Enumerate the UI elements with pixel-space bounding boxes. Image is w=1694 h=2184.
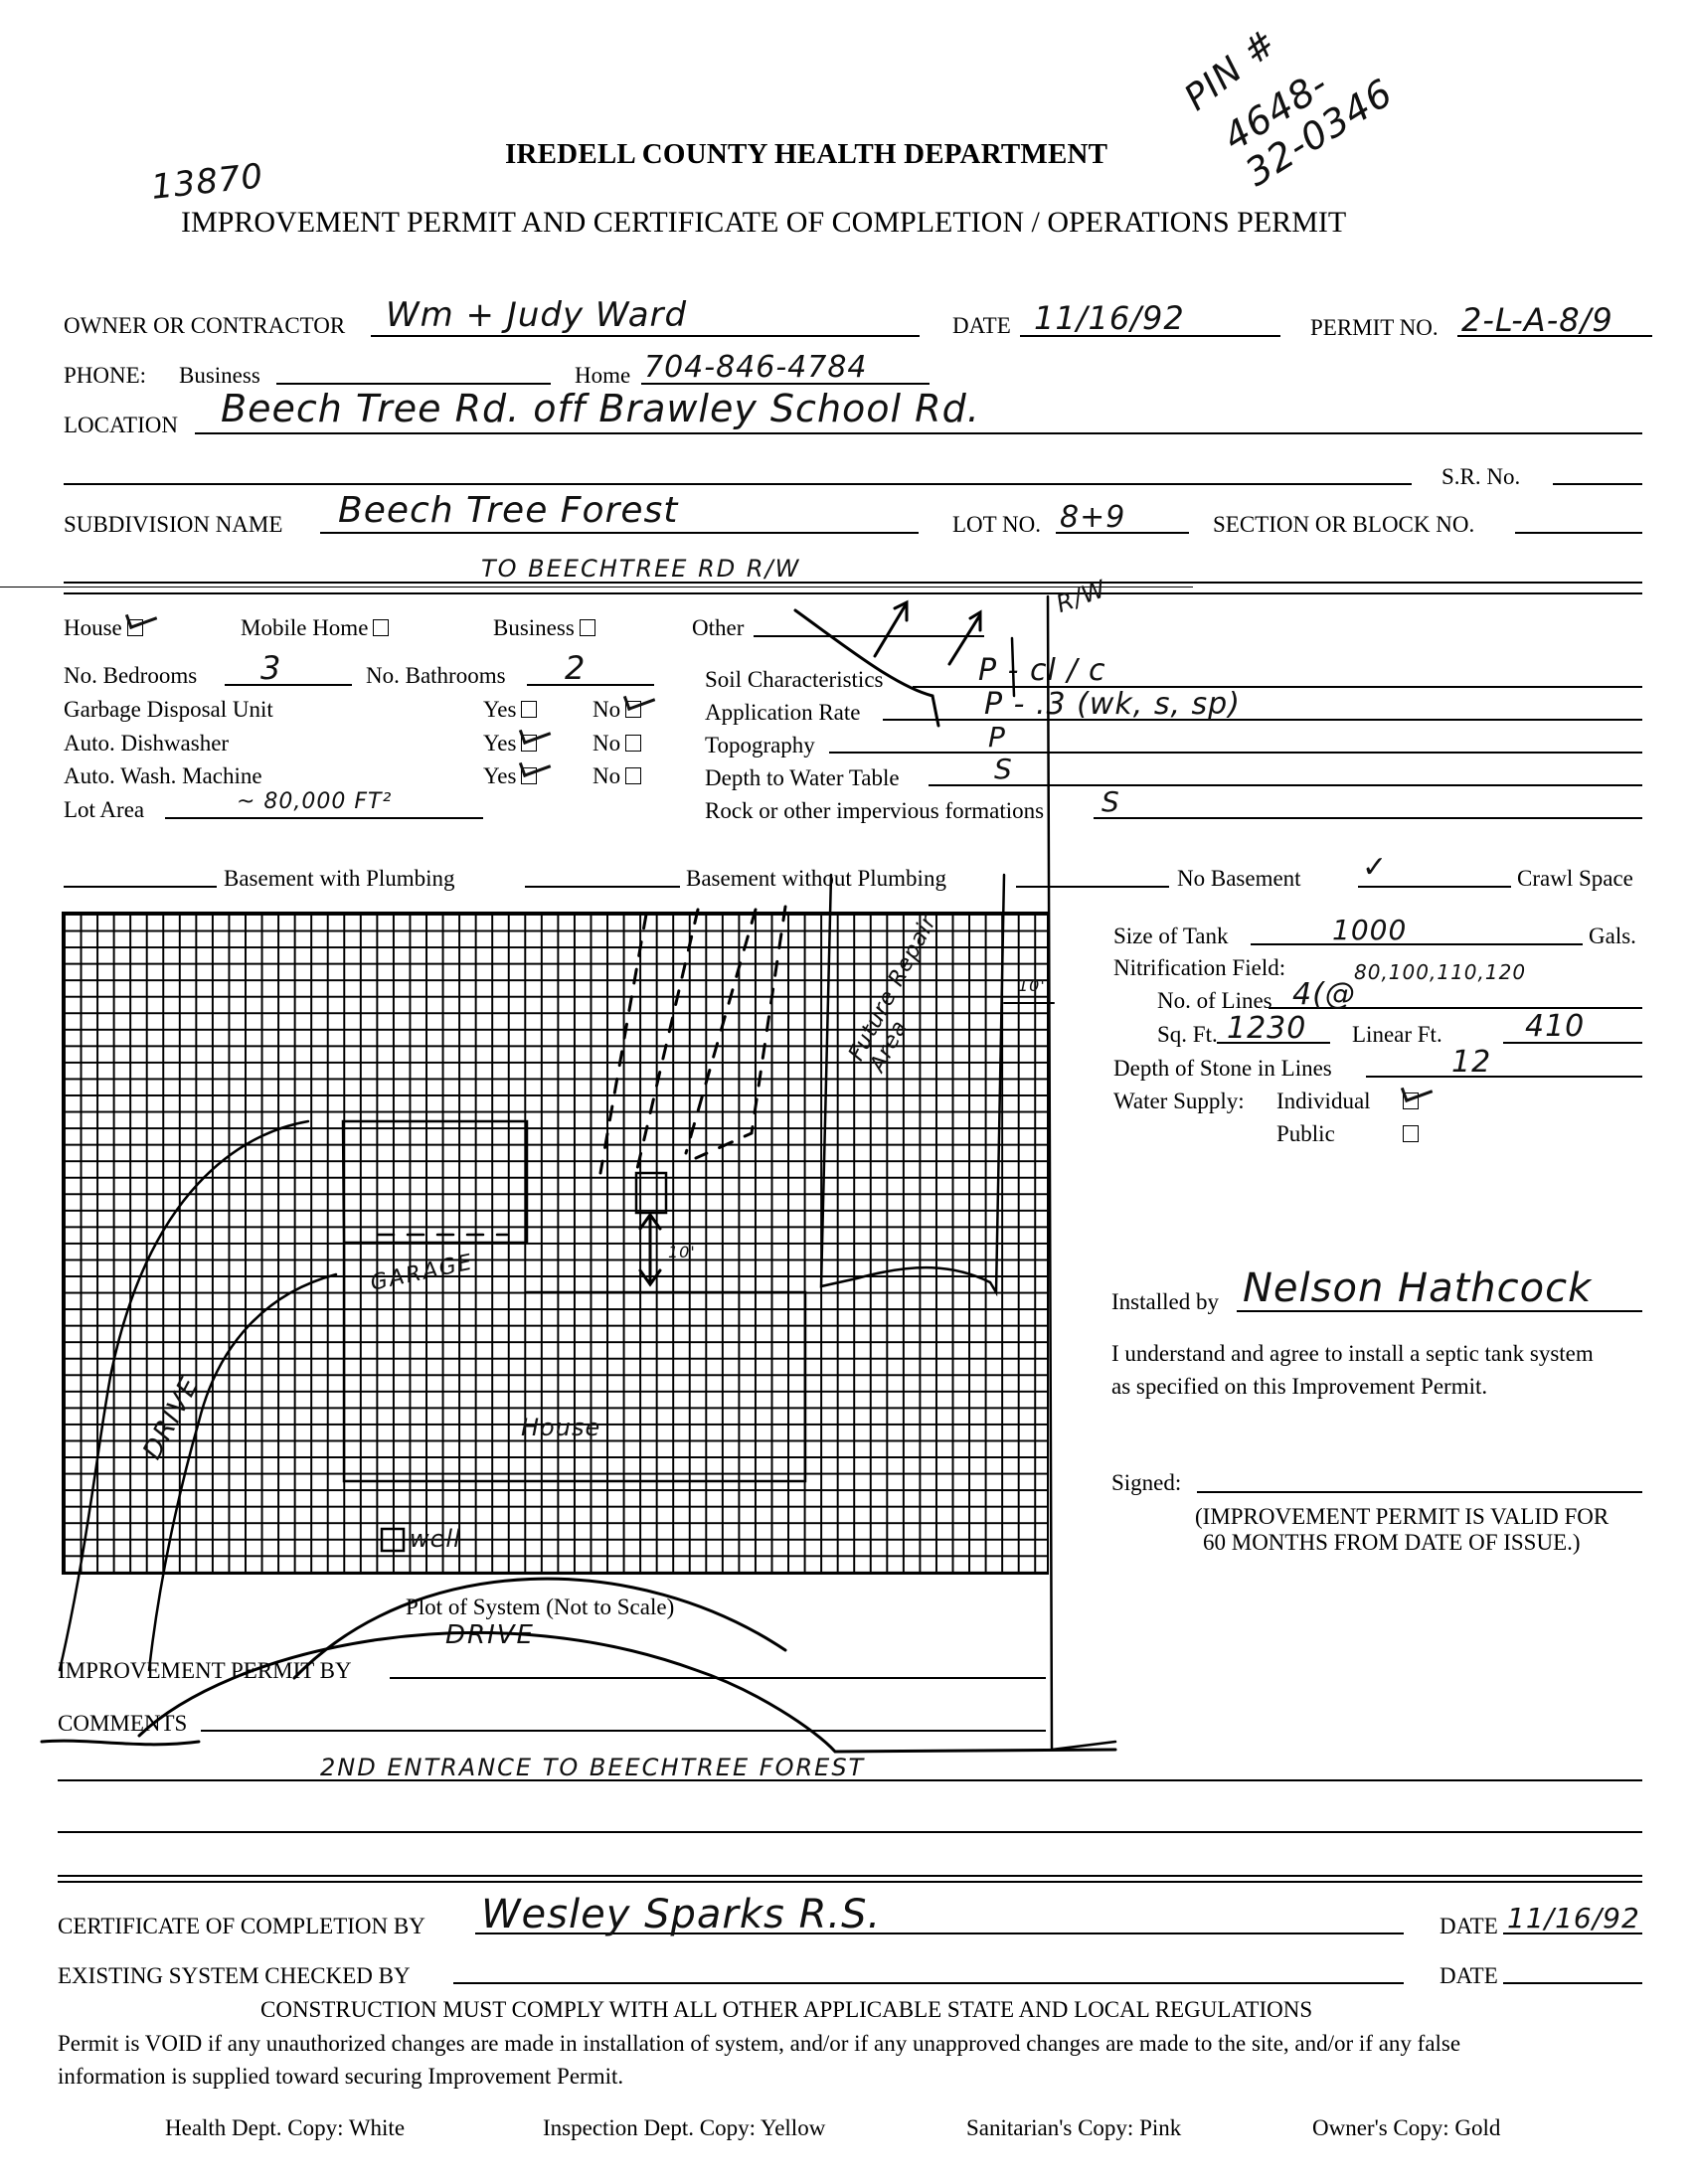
- lot-area-field[interactable]: ~ 80,000 FT²: [237, 791, 392, 813]
- subdivision-field[interactable]: Beech Tree Forest: [338, 493, 678, 529]
- installed-by-label: Installed by: [1111, 1290, 1219, 1313]
- lines-label: No. of Lines: [1157, 989, 1272, 1012]
- validity-line-1: (IMPROVEMENT PERMIT IS VALID FOR: [1195, 1505, 1609, 1528]
- divider-lower: [64, 592, 1642, 594]
- subdivision-underline: [320, 532, 919, 534]
- tank-size-label: Size of Tank: [1113, 924, 1229, 947]
- comments-label: COMMENTS: [58, 1712, 187, 1735]
- sr-no-field[interactable]: [1553, 483, 1642, 485]
- void-notice-line-2: information is supplied toward securing …: [58, 2065, 623, 2088]
- business-label: Business: [493, 615, 575, 640]
- subdivision-label: SUBDIVISION NAME: [64, 513, 282, 536]
- phone-home-field[interactable]: 704-846-4784: [644, 353, 868, 383]
- bedrooms-underline: [225, 684, 352, 686]
- agreement-line-1: I understand and agree to install a sept…: [1111, 1342, 1594, 1365]
- garbage-yes-checkbox[interactable]: [521, 701, 537, 718]
- dishwasher-no-checkbox[interactable]: [625, 735, 641, 752]
- completion-field[interactable]: Wesley Sparks R.S.: [481, 1895, 881, 1934]
- plot-label-dist-10-right: 10': [1018, 978, 1046, 994]
- no-basement-field[interactable]: [1016, 886, 1169, 888]
- drive-arc-lower: [139, 1632, 1115, 1752]
- soil-field[interactable]: P - cl / c: [978, 656, 1106, 686]
- rock-field[interactable]: S: [1101, 788, 1120, 816]
- form-title: IMPROVEMENT PERMIT AND CERTIFICATE OF CO…: [181, 208, 1346, 238]
- copy-owner: Owner's Copy: Gold: [1312, 2116, 1500, 2139]
- house-checkbox[interactable]: [127, 619, 143, 636]
- garbage-label: Garbage Disposal Unit: [64, 698, 273, 721]
- washer-no-option[interactable]: No: [593, 764, 641, 787]
- water-individual-label: Individual: [1276, 1090, 1371, 1112]
- water-table-underline: [929, 784, 1642, 786]
- lot-area-underline: [165, 817, 483, 819]
- water-public-label: Public: [1276, 1122, 1335, 1145]
- garbage-no-option[interactable]: No: [593, 698, 641, 721]
- house-label: House: [64, 615, 122, 640]
- divider-upper: [64, 582, 1642, 584]
- plot-label-dist-10-vertical: 10': [668, 1245, 696, 1260]
- dishwasher-no-option[interactable]: No: [593, 732, 641, 755]
- lines-field[interactable]: 4(@: [1292, 980, 1356, 1010]
- location-underline: [195, 432, 1642, 434]
- existing-date-label: DATE: [1440, 1964, 1498, 1987]
- washer-yes-checkbox[interactable]: [521, 767, 537, 784]
- washer-no-checkbox[interactable]: [625, 767, 641, 784]
- crawl-space-field[interactable]: ✓: [1362, 853, 1388, 883]
- divider-scan-line: [0, 587, 1193, 588]
- date-label: DATE: [952, 314, 1011, 337]
- existing-system-label: EXISTING SYSTEM CHECKED BY: [58, 1964, 411, 1987]
- permit-no-field[interactable]: 2-L-A-8/9: [1461, 304, 1613, 336]
- location-line-2: [64, 483, 1412, 485]
- phone-business-label: Business: [179, 364, 260, 387]
- mobile-home-checkbox[interactable]: [373, 619, 389, 636]
- topography-field[interactable]: P: [988, 724, 1006, 752]
- plot-caption: Plot of System (Not to Scale): [406, 1596, 674, 1618]
- water-table-label: Depth to Water Table: [705, 766, 900, 789]
- other-field[interactable]: [754, 635, 984, 637]
- completion-label: CERTIFICATE OF COMPLETION BY: [58, 1915, 425, 1937]
- existing-system-field[interactable]: [453, 1982, 1404, 1984]
- nitrification-label: Nitrification Field:: [1113, 956, 1285, 979]
- agreement-line-2: as specified on this Improvement Permit.: [1111, 1375, 1487, 1398]
- installed-by-field[interactable]: Nelson Hathcock: [1243, 1268, 1592, 1308]
- compliance-notice: CONSTRUCTION MUST COMPLY WITH ALL OTHER …: [260, 1998, 1312, 2021]
- lot-no-label: LOT NO.: [952, 513, 1041, 536]
- bathrooms-underline: [527, 684, 654, 686]
- rock-label: Rock or other impervious formations: [705, 799, 1044, 822]
- phone-home-label: Home: [575, 364, 630, 387]
- phone-business-field[interactable]: [276, 383, 551, 385]
- permit-no-label: PERMIT NO.: [1310, 316, 1439, 339]
- section-block-label: SECTION OR BLOCK NO.: [1213, 513, 1474, 536]
- house-option[interactable]: House: [64, 616, 143, 639]
- basement-without-plumbing-label: Basement without Plumbing: [686, 867, 946, 890]
- water-individual-checkbox[interactable]: [1403, 1092, 1419, 1109]
- signed-field[interactable]: [1197, 1491, 1642, 1493]
- no-basement-label: No Basement: [1177, 867, 1301, 890]
- basement-without-plumbing-field[interactable]: [525, 886, 680, 888]
- lot-no-field[interactable]: 8+9: [1060, 503, 1125, 533]
- water-public-checkbox[interactable]: [1403, 1125, 1419, 1142]
- file-number-handwritten: 13870: [150, 159, 265, 205]
- completion-date-field[interactable]: 11/16/92: [1507, 1905, 1640, 1932]
- permit-by-field[interactable]: [390, 1677, 1046, 1679]
- owner-label: OWNER OR CONTRACTOR: [64, 314, 345, 337]
- void-notice-line-1: Permit is VOID if any unauthorized chang…: [58, 2032, 1460, 2055]
- owner-underline: [371, 335, 920, 337]
- dishwasher-yes-checkbox[interactable]: [521, 735, 537, 752]
- comments-line-2: [58, 1779, 1642, 1781]
- sqft-field[interactable]: 1230: [1227, 1014, 1306, 1044]
- lines-lengths: 80,100,110,120: [1354, 962, 1526, 982]
- date-field[interactable]: 11/16/92: [1034, 302, 1185, 334]
- copy-health-dept: Health Dept. Copy: White: [165, 2116, 405, 2139]
- water-individual-option[interactable]: [1398, 1090, 1419, 1112]
- bedrooms-label: No. Bedrooms: [64, 664, 197, 687]
- dishwasher-label: Auto. Dishwasher: [64, 732, 229, 755]
- sr-no-label: S.R. No.: [1441, 465, 1520, 488]
- divider-completion-lower: [58, 1881, 1642, 1883]
- business-checkbox[interactable]: [580, 619, 595, 636]
- linear-ft-field[interactable]: 410: [1525, 1012, 1585, 1042]
- basement-with-plumbing-label: Basement with Plumbing: [224, 867, 455, 890]
- lot-area-label: Lot Area: [64, 798, 144, 821]
- owner-field[interactable]: Wm + Judy Ward: [386, 298, 687, 332]
- stone-depth-label: Depth of Stone in Lines: [1113, 1057, 1332, 1080]
- location-field[interactable]: Beech Tree Rd. off Brawley School Rd.: [221, 390, 980, 427]
- location-label: LOCATION: [64, 414, 178, 436]
- no-label: No: [593, 697, 620, 722]
- permit-by-label: IMPROVEMENT PERMIT BY: [58, 1659, 352, 1682]
- other-label: Other: [692, 616, 744, 639]
- sqft-label: Sq. Ft.: [1157, 1023, 1218, 1046]
- water-table-field[interactable]: S: [994, 756, 1013, 783]
- comments-line-3: [58, 1831, 1642, 1833]
- no-label: No: [593, 731, 620, 756]
- washer-yes-option[interactable]: Yes: [483, 764, 537, 787]
- divider-completion-upper: [58, 1875, 1642, 1877]
- comments-line-1: [201, 1730, 1046, 1732]
- rock-underline: [1094, 817, 1642, 819]
- yes-label: Yes: [483, 697, 516, 722]
- bathrooms-field[interactable]: 2: [565, 652, 586, 684]
- mobile-home-option[interactable]: Mobile Home: [241, 616, 389, 639]
- phone-label: PHONE:: [64, 364, 146, 387]
- mobile-home-label: Mobile Home: [241, 615, 368, 640]
- signed-label: Signed:: [1111, 1471, 1181, 1494]
- basement-with-plumbing-field[interactable]: [64, 886, 217, 888]
- topography-underline: [829, 752, 1642, 754]
- stone-depth-field[interactable]: 12: [1451, 1048, 1491, 1078]
- garbage-yes-option[interactable]: Yes: [483, 698, 537, 721]
- tank-size-field[interactable]: 1000: [1332, 917, 1407, 944]
- app-rate-field[interactable]: P - .3 (wk, s, sp): [984, 690, 1241, 720]
- crawl-space-label: Crawl Space: [1517, 867, 1633, 890]
- section-block-field[interactable]: [1515, 532, 1642, 534]
- soil-label: Soil Characteristics: [705, 668, 884, 691]
- copy-sanitarian: Sanitarian's Copy: Pink: [966, 2116, 1181, 2139]
- water-supply-label: Water Supply:: [1113, 1090, 1245, 1112]
- existing-date-field[interactable]: [1503, 1982, 1642, 1984]
- washer-label: Auto. Wash. Machine: [64, 764, 262, 787]
- plot-label-house: House: [521, 1416, 600, 1439]
- bedrooms-field[interactable]: 3: [260, 652, 281, 684]
- topography-label: Topography: [705, 734, 815, 756]
- agency-title: IREDELL COUNTY HEALTH DEPARTMENT: [505, 140, 1107, 169]
- yes-label: Yes: [483, 763, 516, 788]
- tank-unit: Gals.: [1589, 924, 1636, 947]
- water-public-option[interactable]: [1398, 1122, 1419, 1145]
- garbage-no-checkbox[interactable]: [625, 701, 641, 718]
- completion-date-label: DATE: [1440, 1915, 1498, 1937]
- stone-depth-underline: [1366, 1076, 1642, 1078]
- validity-line-2: 60 MONTHS FROM DATE OF ISSUE.): [1203, 1531, 1581, 1554]
- plot-label-drive-bottom: DRIVE: [445, 1622, 535, 1648]
- yes-label: Yes: [483, 731, 516, 756]
- business-option[interactable]: Business: [493, 616, 595, 639]
- tank-size-underline: [1251, 943, 1583, 945]
- app-rate-label: Application Rate: [705, 701, 861, 724]
- plot-label-well: well: [410, 1527, 461, 1551]
- bathrooms-label: No. Bathrooms: [366, 664, 506, 687]
- no-label: No: [593, 763, 620, 788]
- comments-field[interactable]: 2ND ENTRANCE TO BEECHTREE FOREST: [320, 1756, 865, 1779]
- crawl-space-underline: [1358, 886, 1511, 888]
- copy-inspection-dept: Inspection Dept. Copy: Yellow: [543, 2116, 825, 2139]
- linear-ft-label: Linear Ft.: [1352, 1023, 1442, 1046]
- subdivision-note-handwritten: TO BEECHTREE RD R/W: [481, 557, 800, 581]
- dishwasher-yes-option[interactable]: Yes: [483, 732, 537, 755]
